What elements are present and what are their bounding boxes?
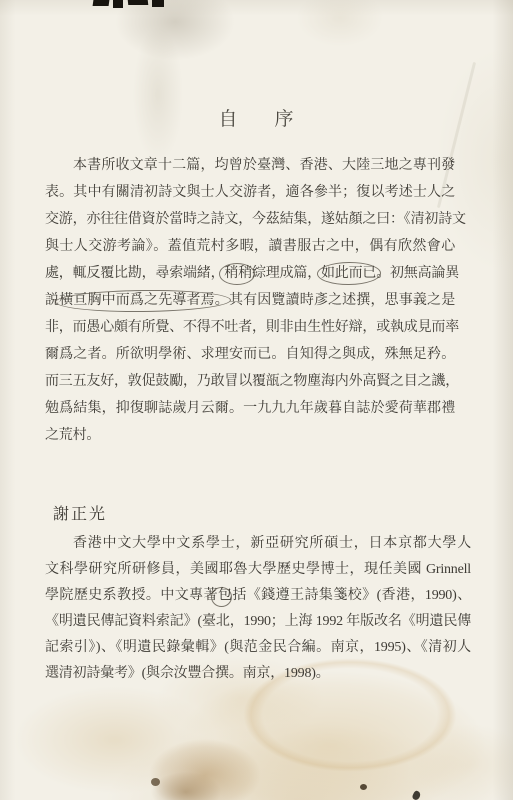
preface-line: 處，輒反覆比勘，尋索端緒，稍稍綜理成篇，如此而已。初無高論異 bbox=[45, 260, 455, 287]
author-signature: 謝正光 bbox=[53, 501, 107, 524]
preface-line: 而三五友好，敦促鼓勵，乃敢冒以覆瓿之物塵海内外高賢之目之譏， bbox=[45, 368, 455, 395]
bio-line: 學院歷史系教授。中文專著包括《錢遵王詩集箋校》(香港，1990)、 bbox=[45, 583, 471, 609]
stain-speck bbox=[151, 778, 160, 786]
bio-line: 文科學研究所研修員，美國耶魯大學歷史學博士，現任美國 Grinnell bbox=[45, 557, 471, 583]
preface-line: 交游，亦往往借資於當時之詩文，今茲結集，遂姑顏之曰：《清初詩文 bbox=[45, 206, 455, 233]
ink-fragment bbox=[128, 0, 149, 5]
preface-line: 勉爲結集，抑復聊誌歲月云爾。一九九九年歲暮自誌於愛荷華郡禮 bbox=[45, 395, 455, 422]
cutoff-ink-mark bbox=[93, 0, 183, 10]
ink-fragment bbox=[113, 0, 123, 8]
scanned-page: 自序 本書所收文章十二篇，均曾於臺灣、香港、大陸三地之專刊發 表。其中有關清初詩… bbox=[0, 0, 513, 800]
ink-fragment bbox=[152, 0, 164, 7]
bio-line: 《明遺民傳記資料索記》(臺北，1990；上海 1992 年版改名《明遺民傳 bbox=[45, 609, 471, 635]
preface-line: 非，而愚心頗有所覺、不得不吐者，則非由生性好辯，或執成見而率 bbox=[45, 314, 455, 341]
bio-line: 選清初詩彙考》(與佘汝豐合撰。南京，1998)。 bbox=[45, 661, 471, 687]
stain-speck bbox=[360, 784, 367, 790]
stain-speck bbox=[411, 790, 421, 800]
title-char: 自 bbox=[218, 109, 238, 130]
preface-paragraph: 本書所收文章十二篇，均曾於臺灣、香港、大陸三地之專刊發 表。其中有關清初詩文與士… bbox=[45, 152, 455, 449]
bio-line: 香港中文大學中文系學士，新亞研究所碩士，日本京都大學人 bbox=[45, 531, 471, 557]
preface-line: 表。其中有關清初詩文與士人交游者，適各參半；復以考述士人之 bbox=[45, 179, 455, 206]
preface-line: 爾爲之者。所欲明學術、求理安而已。自知得之與成，殊無足矜。 bbox=[45, 341, 455, 368]
preface-line: 之荒村。 bbox=[45, 422, 455, 449]
ink-fragment bbox=[93, 0, 110, 6]
bio-line: 記索引》)、《明遺民錄彙輯》(與范金民合編。南京，1995)、《清初人 bbox=[45, 635, 471, 661]
preface-line: 本書所收文章十二篇，均曾於臺灣、香港、大陸三地之專刊發 bbox=[45, 152, 455, 179]
title-char: 序 bbox=[275, 109, 295, 130]
author-bio-paragraph: 香港中文大學中文系學士，新亞研究所碩士，日本京都大學人 文科學研究所研修員，美國… bbox=[45, 531, 471, 687]
preface-line: 與士人交游考論》。蓋值荒村多暇，讀書服古之中，偶有欣然會心 bbox=[45, 233, 455, 260]
preface-line: 説橫亘胸中而爲之先導者焉。其有因覽讀時彥之述撰，思事義之是 bbox=[45, 287, 455, 314]
page-title: 自序 bbox=[0, 104, 513, 131]
